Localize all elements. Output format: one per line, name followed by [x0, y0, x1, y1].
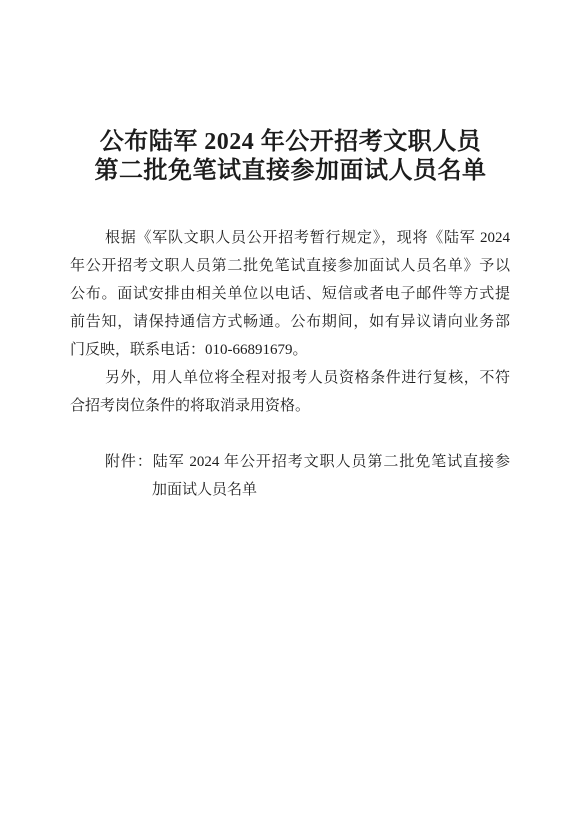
paragraph-qualification-review: 另外，用人单位将全程对报考人员资格条件进行复核，不符 合招考岗位条件的将取消录用… — [70, 364, 510, 420]
paragraph-announcement: 根据《军队文职人员公开招考暂行规定》，现将《陆军 2024 年公开招考文职人员第… — [70, 224, 510, 364]
text-line-contact-phone: 门反映，联系电话：010-66891679。 — [70, 336, 510, 364]
text-line: 公布。面试安排由相关单位以电话、短信或者电子邮件等方式提 — [70, 280, 510, 308]
document-title: 公布陆军 2024 年公开招考文职人员 第二批免笔试直接参加面试人员名单 — [0, 0, 581, 186]
text-line: 另外，用人单位将全程对报考人员资格条件进行复核，不符 — [70, 364, 510, 392]
text-line: 根据《军队文职人员公开招考暂行规定》，现将《陆军 2024 — [70, 224, 510, 252]
attachment-reference: 附件：陆军 2024 年公开招考文职人员第二批免笔试直接参 加面试人员名单 — [70, 448, 510, 504]
title-line-2: 第二批免笔试直接参加面试人员名单 — [0, 157, 581, 186]
attachment-line-2: 加面试人员名单 — [70, 476, 510, 504]
document-page: 公布陆军 2024 年公开招考文职人员 第二批免笔试直接参加面试人员名单 根据《… — [0, 0, 581, 826]
text-line: 年公开招考文职人员第二批免笔试直接参加面试人员名单》予以 — [70, 252, 510, 280]
document-body: 根据《军队文职人员公开招考暂行规定》，现将《陆军 2024 年公开招考文职人员第… — [70, 224, 510, 504]
text-line: 前告知，请保持通信方式畅通。公布期间，如有异议请向业务部 — [70, 308, 510, 336]
title-line-1: 公布陆军 2024 年公开招考文职人员 — [0, 128, 581, 157]
attachment-line-1: 附件：陆军 2024 年公开招考文职人员第二批免笔试直接参 — [70, 448, 510, 476]
text-line: 合招考岗位条件的将取消录用资格。 — [70, 392, 510, 420]
